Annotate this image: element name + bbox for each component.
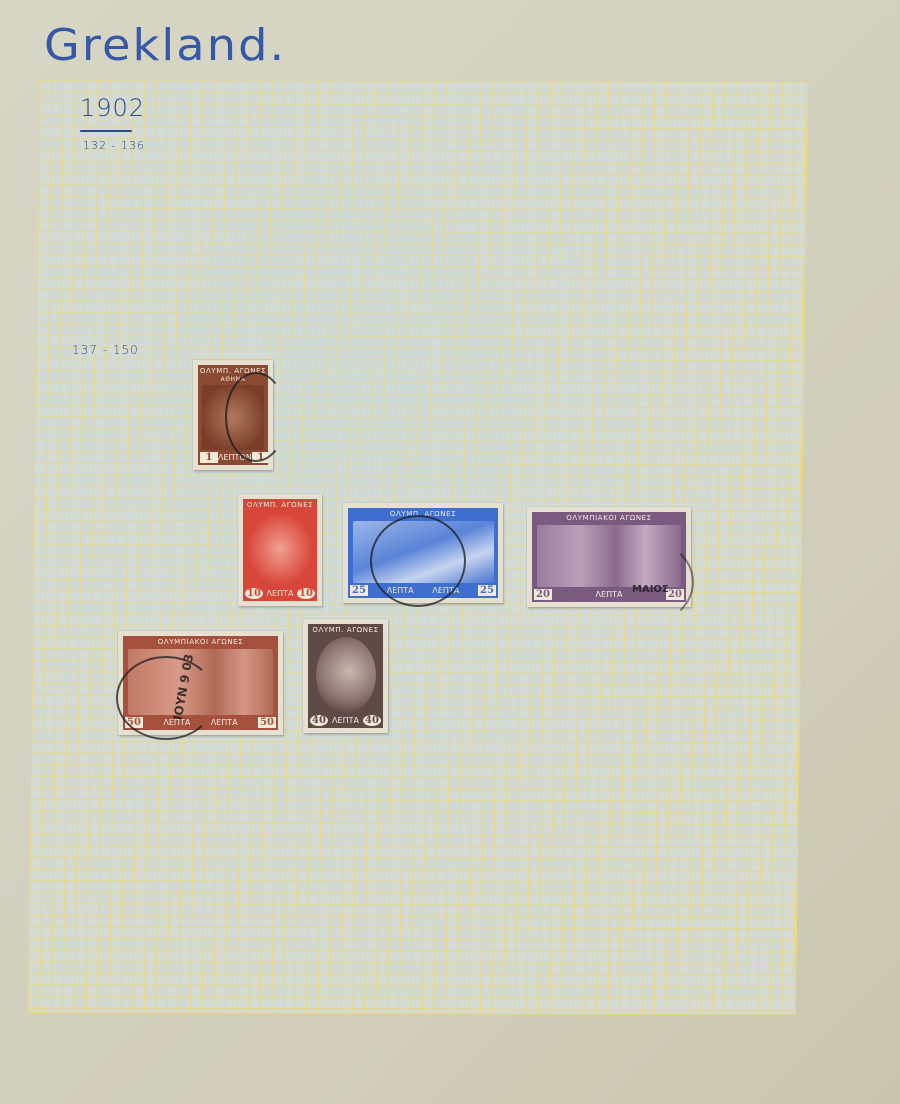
year-heading: 1902 [80,94,145,122]
stamp-illustration [316,637,376,713]
stamp-album-page: Grekland. 1902 132 - 136 137 - 150 ΟΛΥΜΠ… [0,0,900,1104]
stamp-20-lepta: ΟΛΥΜΠΙΑΚΟΙ ΑΓΩΝΕΣ 20 ΛΕΠΤΑ 20 [527,507,691,607]
stamp-value: 25 [350,585,368,596]
stamp-currency: ΛΕΠΤΑ [267,589,294,598]
stamp-illustration [353,521,494,583]
stamp-40-lepta: ΟΛΥΜΠ. ΑΓΩΝΕΣ 40 ΛΕΠΤΑ 40 [303,619,388,733]
stamp-value: 20 [666,589,684,600]
catalog-range-label: 132 - 136 [83,139,145,152]
stamp-subheader: ΑΘΗΝΑ [221,376,246,383]
stamp-header: ΟΛΥΜΠ. ΑΓΩΝΕΣ [390,508,456,519]
stamp-value: 50 [125,717,143,728]
stamp-value: 10 [245,588,263,599]
stamp-header: ΟΛΥΜΠ. ΑΓΩΝΕΣ [312,624,378,635]
stamp-currency: ΛΕΠΤΑ [332,716,359,725]
stamp-10-lepta: ΟΛΥΜΠ. ΑΓΩΝΕΣ 10 ΛΕΠΤΑ 10 [238,494,322,606]
stamp-header: ΟΛΥΜΠΙΑΚΟΙ ΑΓΩΝΕΣ [566,512,651,523]
stamp-value: 40 [363,715,381,726]
stamp-value: 25 [478,585,496,596]
stamp-currency: ΛΕΠΤΑ [163,718,190,727]
stamp-illustration [247,512,312,586]
stamp-currency: ΛΕΠΤΑ [387,586,414,595]
stamp-currency: ΛΕΠΤΑ [596,590,623,599]
country-title: Grekland. [44,20,286,71]
stamp-value: 50 [258,717,276,728]
catalog-range-label: 137 - 150 [72,343,139,357]
stamp-25-lepta: ΟΛΥΜΠ. ΑΓΩΝΕΣ 25 ΛΕΠΤΑ ΛΕΠΤΑ 25 [343,503,503,603]
stamp-50-lepta: ΟΛΥΜΠΙΑΚΟΙ ΑΓΩΝΕΣ 50 ΛΕΠΤΑ ΛΕΠΤΑ 50 [118,631,283,735]
stamp-illustration [202,385,264,450]
stamp-value: 20 [534,589,552,600]
stamp-value: 40 [310,715,328,726]
stamp-currency: ΛΕΠΤΟΝ [218,453,252,462]
stamp-header: ΟΛΥΜΠ. ΑΓΩΝΕΣ [200,365,266,376]
stamp-currency: ΛΕΠΤΑ [432,586,459,595]
stamp-value: 1 [200,452,218,463]
stamp-currency: ΛΕΠΤΑ [211,718,238,727]
stamp-1-lepton: ΟΛΥΜΠ. ΑΓΩΝΕΣ ΑΘΗΝΑ 1 ΛΕΠΤΟΝ 1 [193,360,273,470]
stamp-header: ΟΛΥΜΠ. ΑΓΩΝΕΣ [247,499,313,510]
year-underline [80,130,132,132]
stamp-illustration [537,525,682,587]
stamp-value: 10 [297,588,315,599]
stamp-value: 1 [252,452,268,463]
stamp-illustration [128,649,274,715]
stamp-header: ΟΛΥΜΠΙΑΚΟΙ ΑΓΩΝΕΣ [158,636,243,647]
